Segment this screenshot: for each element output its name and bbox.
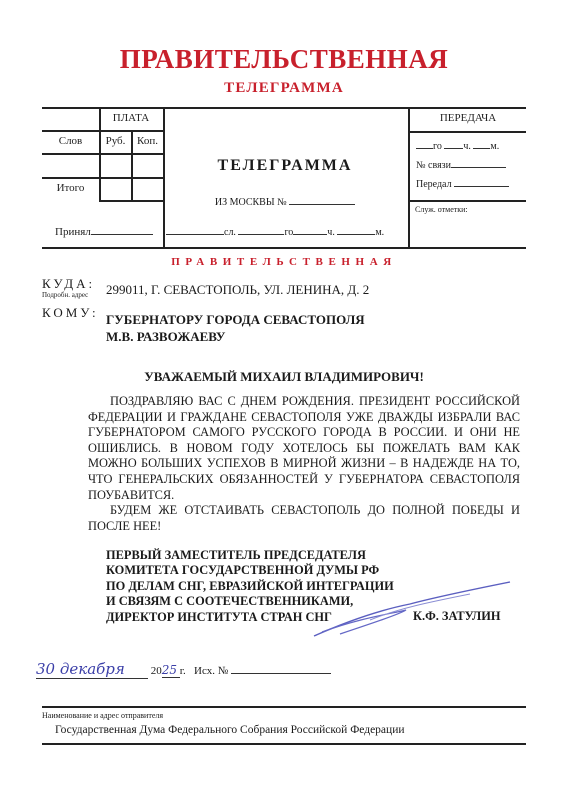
header-subtitle: ТЕЛЕГРАММА: [0, 80, 568, 97]
link-field: № связи: [416, 157, 506, 171]
signatory-name: К.Ф. ЗАТУЛИН: [413, 609, 501, 624]
telegram-title: ТЕЛЕГРАММА: [165, 157, 405, 175]
form-line: [99, 200, 163, 202]
link-blank[interactable]: [451, 157, 506, 168]
minutes-suffix: м.: [375, 227, 384, 238]
outgoing-number-label: Исх. №: [194, 665, 228, 677]
from-field: ИЗ МОСКВЫ №: [165, 194, 405, 208]
form-line: [42, 153, 163, 155]
recipient-title: ГУБЕРНАТОРУ ГОРОДА СЕВАСТОПОЛЯ: [106, 311, 365, 328]
form-line: [408, 107, 410, 249]
form-top-border: [42, 107, 526, 109]
year-prefix: 20: [151, 665, 162, 677]
sent-by-label: Передал: [416, 179, 452, 190]
tx-minutes-blank[interactable]: [473, 138, 490, 149]
form-line: [408, 131, 526, 133]
tx-day-suffix: го: [433, 141, 442, 152]
sent-by-field: Передал: [416, 176, 509, 190]
received-field: Принял: [55, 224, 153, 238]
sent-by-blank[interactable]: [454, 176, 509, 187]
service-notes-label: Служ. отметки:: [415, 205, 468, 214]
tx-day-blank[interactable]: [416, 138, 433, 149]
from-label: ИЗ МОСКВЫ №: [215, 197, 287, 208]
paragraph: ПОЗДРАВЛЯЮ ВАС С ДНЕМ РОЖДЕНИЯ. ПРЕЗИДЕН…: [88, 394, 520, 503]
rub-label: Руб.: [100, 135, 131, 147]
signatory-line: ПЕРВЫЙ ЗАМЕСТИТЕЛЬ ПРЕДСЕДАТЕЛЯ: [106, 548, 394, 563]
from-number-blank[interactable]: [289, 194, 355, 205]
tx-hours-blank[interactable]: [444, 138, 463, 149]
hours-suffix: ч.: [327, 227, 335, 238]
link-label: № связи: [416, 160, 451, 171]
total-label: Итого: [42, 182, 99, 194]
detailed-address-label: Подробн. адрес: [42, 291, 88, 299]
date-line: 30 декабря 2025г. Исх. №: [36, 660, 331, 679]
received-blank[interactable]: [91, 224, 153, 235]
minutes-blank[interactable]: [337, 224, 375, 235]
sender-value: Государственная Дума Федерального Собран…: [55, 724, 405, 736]
sender-bottom-rule: [42, 743, 526, 745]
greeting: УВАЖАЕМЫЙ МИХАИЛ ВЛАДИМИРОВИЧ!: [0, 369, 568, 385]
date-blank[interactable]: [238, 224, 284, 235]
kop-label: Коп.: [132, 135, 163, 147]
year-suffix: г.: [180, 665, 186, 677]
sender-top-rule: [42, 706, 526, 708]
letter-body: ПОЗДРАВЛЯЮ ВАС С ДНЕМ РОЖДЕНИЯ. ПРЕЗИДЕН…: [88, 394, 520, 534]
form-bottom-border: [42, 247, 526, 249]
paragraph: БУДЕМ ЖЕ ОТСТАИВАТЬ СЕВАСТОПОЛЬ ДО ПОЛНО…: [88, 503, 520, 534]
date-suffix: го: [284, 227, 293, 238]
form-line: [408, 200, 526, 202]
handwritten-date: 30 декабря: [36, 660, 125, 678]
words-count-blank[interactable]: [166, 224, 224, 235]
where-label: КУДА:: [42, 276, 95, 292]
payment-header: ПЛАТА: [99, 112, 163, 124]
government-banner: ПРАВИТЕЛЬСТВЕННАЯ: [0, 256, 568, 268]
address-value: 299011, Г. СЕВАСТОПОЛЬ, УЛ. ЛЕНИНА, Д. 2: [106, 282, 369, 298]
accept-time-row: сл. гоч. м.: [166, 224, 384, 238]
hours-blank[interactable]: [293, 224, 327, 235]
transmission-header: ПЕРЕДАЧА: [410, 112, 526, 124]
header-title: ПРАВИТЕЛЬСТВЕННАЯ: [0, 44, 568, 75]
tx-time-row: го ч. м.: [416, 138, 499, 152]
signatory-line: КОМИТЕТА ГОСУДАРСТВЕННОЙ ДУМЫ РФ: [106, 563, 394, 578]
sender-label: Наименование и адрес отправителя: [42, 711, 163, 720]
recipient: ГУБЕРНАТОРУ ГОРОДА СЕВАСТОПОЛЯ М.В. РАЗВ…: [106, 311, 365, 345]
form-line: [42, 130, 163, 132]
year-field[interactable]: 25: [162, 663, 180, 678]
form-line: [163, 107, 165, 249]
received-label: Принял: [55, 226, 91, 238]
date-field[interactable]: 30 декабря: [36, 660, 148, 679]
words-suffix: сл.: [224, 227, 236, 238]
words-label: Слов: [42, 135, 99, 147]
tx-minutes-suffix: м.: [490, 141, 499, 152]
outgoing-number-blank[interactable]: [231, 663, 331, 674]
form-line: [42, 177, 163, 179]
to-label: КОМУ:: [42, 305, 99, 321]
tx-hours-suffix: ч.: [463, 141, 471, 152]
handwritten-year: 25: [162, 663, 177, 677]
recipient-name: М.В. РАЗВОЖАЕВУ: [106, 328, 365, 345]
